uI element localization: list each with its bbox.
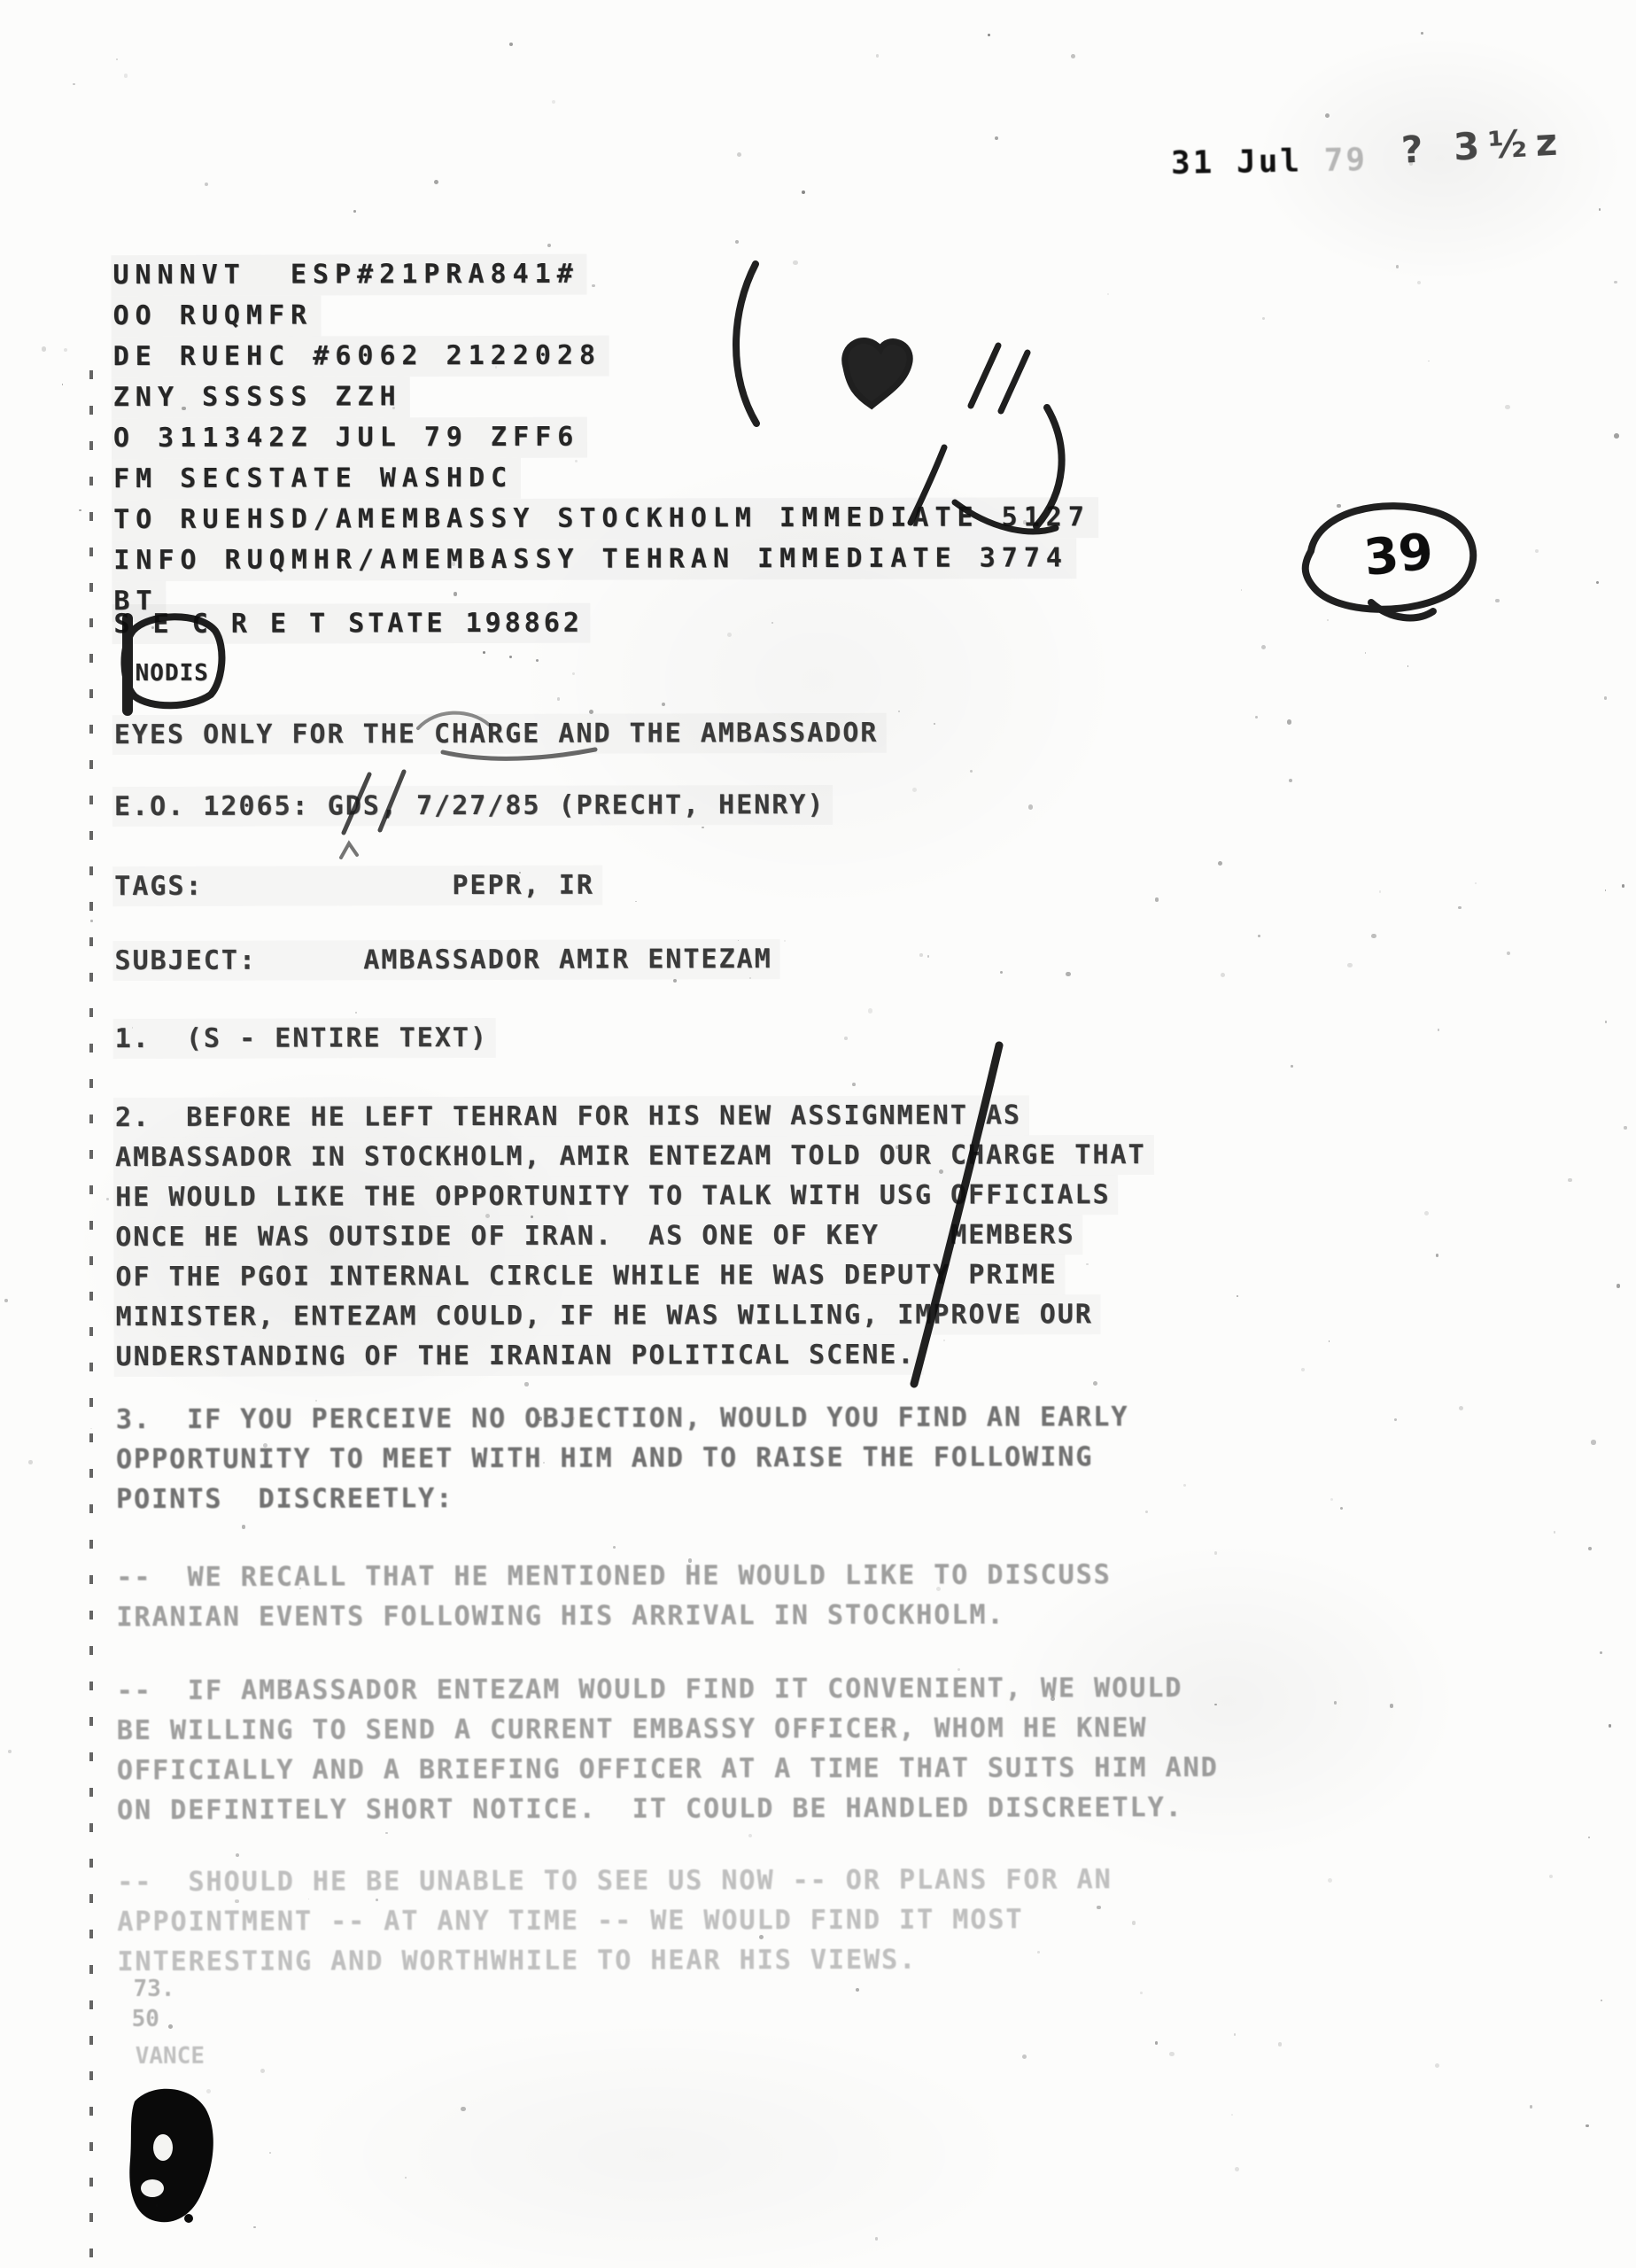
speck (1495, 599, 1499, 602)
speck (868, 1008, 872, 1013)
speck (1475, 882, 1477, 884)
para-line: POINTS DISCREETLY: (114, 1479, 461, 1519)
speck (156, 2204, 159, 2207)
speck (1155, 2041, 1158, 2044)
speck (4, 1299, 8, 1302)
speck (1586, 2124, 1589, 2128)
para-line: BE WILLING TO SEND A CURRENT EMBASSY OFF… (115, 1708, 1156, 1751)
para-line: APPOINTMENT -- AT ANY TIME -- WE WOULD F… (115, 1899, 1031, 1942)
speck (988, 34, 990, 36)
speck (1016, 1317, 1020, 1320)
para-line: IRANIAN EVENTS FOLLOWING HIS ARRIVAL IN … (114, 1595, 1012, 1637)
speck (875, 2237, 878, 2240)
speck (1301, 1368, 1305, 1371)
speck (749, 977, 751, 979)
speck (28, 1460, 33, 1464)
speck (771, 622, 773, 624)
para-line: ONCE HE WAS OUTSIDE OF IRAN. AS ONE OF K… (113, 1215, 1082, 1257)
caption-nodis: NODIS (134, 654, 217, 694)
speck (524, 1382, 528, 1386)
speck (263, 1443, 267, 1448)
para-line: OF THE PGOI INTERNAL CIRCLE WHILE HE WAS… (113, 1254, 1065, 1297)
header-line: FM SECSTATE WASHDC (112, 458, 521, 500)
speck (1328, 1878, 1332, 1883)
speck (802, 190, 805, 194)
para-line: MINISTER, ENTEZAM COULD, IF HE WAS WILLI… (113, 1294, 1101, 1337)
date-stamp-text: 31 Jul (1171, 143, 1303, 182)
classification-line: S E C R E T STATE 198862 (112, 603, 591, 644)
header-line: TO RUEHSD/AMEMBASSY STOCKHOLM IMMEDIATE … (112, 497, 1098, 540)
speck (235, 1899, 238, 1903)
speck (1421, 32, 1423, 35)
speck (539, 1417, 543, 1421)
speck (1624, 1126, 1626, 1129)
speck (1097, 1906, 1101, 1910)
speck (1337, 504, 1341, 509)
speck (1609, 1724, 1611, 1727)
speck (1214, 1704, 1217, 1706)
speck (793, 260, 797, 265)
paragraph-1: 1. (S - ENTIRE TEXT) (113, 1018, 496, 1059)
date-stamp-faded: 79 (1302, 142, 1369, 179)
speck (943, 1340, 945, 1341)
header-line: INFO RUQMHR/AMEMBASSY TEHRAN IMMEDIATE 3… (112, 538, 1076, 581)
para-line: -- SHOULD HE BE UNABLE TO SEE US NOW -- … (115, 1860, 1120, 1902)
page-number: 39 (1361, 523, 1436, 587)
speck (64, 348, 67, 352)
speck (1028, 804, 1033, 809)
para-line: AMBASSADOR IN STOCKHOLM, AMIR ENTEZAM TO… (113, 1135, 1154, 1177)
speck (483, 651, 485, 654)
speck (509, 43, 513, 46)
eyes-only-line: EYES ONLY FOR THE CHARGE AND THE AMBASSA… (112, 713, 887, 755)
speck (1183, 1484, 1186, 1487)
speck (392, 407, 395, 409)
speck (116, 58, 118, 60)
speck (1617, 1284, 1620, 1287)
speck (168, 2024, 173, 2029)
para-line: -- IF AMBASSADOR ENTEZAM WOULD FIND IT C… (115, 1668, 1191, 1711)
speck (454, 592, 457, 595)
speck (575, 460, 578, 462)
subject: SUBJECT: AMBASSADOR AMIR ENTEZAM (112, 939, 779, 981)
para-line: HE WOULD LIKE THE OPPORTUNITY TO TALK WI… (113, 1175, 1119, 1217)
speck (572, 672, 574, 674)
speck (852, 1083, 856, 1086)
date-stamp: 31 Jul 79 (1171, 142, 1369, 182)
speck (1169, 2052, 1174, 2056)
speck (1287, 719, 1291, 724)
speck (531, 1216, 533, 1218)
para-line: OPPORTUNITY TO MEET WITH HIM AND TO RAIS… (114, 1437, 1102, 1480)
speck (376, 1899, 378, 1901)
eo-citation: E.O. 12065: GDS, 7/27/85 (PRECHT, HENRY) (112, 785, 834, 827)
speck (735, 240, 739, 244)
speck (896, 1146, 899, 1149)
para-line: -- WE RECALL THAT HE MENTIONED HE WOULD … (114, 1555, 1120, 1597)
speck (880, 1727, 884, 1730)
para-line: 3. IF YOU PERCEIVE NO OBJECTION, WOULD Y… (114, 1397, 1137, 1440)
speck (90, 920, 93, 922)
speck (572, 1417, 575, 1419)
header-line: O 311342Z JUL 79 ZFF6 (112, 417, 587, 459)
speck (1409, 161, 1413, 165)
speck (844, 1037, 848, 1040)
speck (42, 346, 46, 351)
speck (592, 284, 595, 288)
speck (1438, 1029, 1440, 1031)
trailer-fragment: 73. (133, 1976, 174, 2002)
cable-header: UNNNVT ESP#21PRA841# OO RUQMFR DE RUEHC … (111, 252, 1098, 622)
speck (1347, 963, 1352, 967)
speck (8, 1750, 12, 1753)
nodis-label: NODIS (134, 654, 217, 694)
speck (673, 979, 677, 983)
speck (1071, 54, 1075, 58)
header-line: ZNY SSSSS ZZH (112, 377, 410, 418)
speck (1214, 1551, 1218, 1555)
handwritten-note: ? 3½z (1400, 120, 1567, 172)
speck (299, 1588, 301, 1589)
speck (1591, 1440, 1596, 1445)
speck (206, 2089, 211, 2093)
header-line: DE RUEHC #6062 2122028 (112, 336, 609, 377)
speck (1390, 1704, 1394, 1708)
speck (485, 1214, 490, 1218)
speck (543, 1462, 545, 1464)
speck (1107, 293, 1109, 295)
paragraph-3: 3. IF YOU PERCEIVE NO OBJECTION, WOULD Y… (114, 1397, 1137, 1519)
speck (1505, 405, 1509, 409)
para-line: ON DEFINITELY SHORT NOTICE. IT COULD BE … (115, 1788, 1191, 1830)
speck (1234, 2033, 1236, 2035)
speck (547, 244, 551, 247)
para-line: 1. (S - ENTIRE TEXT) (113, 1018, 496, 1059)
speck (970, 770, 973, 773)
speck (688, 1558, 692, 1562)
speck (1066, 972, 1070, 976)
speck (814, 1729, 817, 1732)
header-line: OO RUQMFR (112, 295, 322, 337)
speck (1604, 696, 1608, 700)
para-line: OFFICIALLY AND A BRIEFING OFFICER AT A T… (115, 1748, 1227, 1790)
para-line: 2. BEFORE HE LEFT TEHRAN FOR HIS NEW ASS… (113, 1095, 1029, 1138)
speck (1622, 884, 1624, 887)
eo-line: E.O. 12065: GDS, 7/27/85 (PRECHT, HENRY) (112, 785, 834, 827)
speck (1371, 934, 1376, 938)
speck (1289, 779, 1292, 782)
speck (519, 872, 521, 874)
speck (536, 659, 539, 662)
speck (288, 1679, 291, 1682)
paragraph-2: 2. BEFORE HE LEFT TEHRAN FOR HIS NEW ASS… (113, 1095, 1154, 1377)
bullet-2: -- IF AMBASSADOR ENTEZAM WOULD FIND IT C… (115, 1668, 1227, 1830)
speck (1379, 890, 1382, 893)
speck (1155, 897, 1159, 901)
scanned-cable-page: UNNNVT ESP#21PRA841# OO RUQMFR DE RUEHC … (0, 0, 1636, 2268)
trailer-fragment: 50 (132, 2006, 159, 2032)
header-line: UNNNVT ESP#21PRA841# (111, 254, 586, 296)
speck (936, 1587, 941, 1591)
speck (1614, 433, 1619, 439)
speck (526, 1449, 528, 1450)
bullet-3: -- SHOULD HE BE UNABLE TO SEE US NOW -- … (115, 1860, 1120, 1982)
speck (151, 626, 154, 629)
speck (509, 656, 512, 658)
speck (1051, 1697, 1055, 1701)
speck (205, 183, 208, 186)
speck (1218, 861, 1222, 866)
speck (1291, 1065, 1293, 1068)
speck (876, 54, 879, 57)
bullet-1: -- WE RECALL THAT HE MENTIONED HE WOULD … (114, 1555, 1120, 1637)
subject-line: SUBJECT: AMBASSADOR AMIR ENTEZAM (112, 939, 779, 981)
speck (242, 1525, 246, 1529)
speck (124, 74, 128, 77)
speck (737, 152, 741, 157)
cable-document: UNNNVT ESP#21PRA841# OO RUQMFR DE RUEHC … (0, 0, 1636, 2268)
speck (106, 1198, 109, 1200)
speck (1601, 2000, 1602, 2001)
speck (1037, 1951, 1040, 1953)
speck (1588, 1547, 1592, 1550)
speck (1237, 1295, 1238, 1297)
speck (1325, 113, 1330, 118)
speck (1023, 520, 1027, 524)
speck (662, 703, 665, 706)
trailer-fragment: VANCE (136, 2043, 205, 2070)
para-line: UNDERSTANDING OF THE IRANIAN POLITICAL S… (114, 1335, 924, 1377)
eyes-only: EYES ONLY FOR THE CHARGE AND THE AMBASSA… (112, 713, 887, 755)
speck (1334, 1701, 1337, 1705)
speck (1568, 1178, 1571, 1182)
speck (1221, 973, 1225, 977)
tags: TAGS: PEPR, IR (112, 866, 602, 906)
speck (1258, 935, 1260, 937)
speck (90, 1428, 92, 1430)
tags-line: TAGS: PEPR, IR (112, 866, 602, 906)
speck (927, 955, 929, 957)
speck (461, 2107, 465, 2111)
classification: S E C R E T STATE 198862 (112, 603, 591, 644)
speck (1140, 1992, 1143, 1994)
speck (1365, 652, 1367, 654)
para-line: INTERESTING AND WORTHWHILE TO HEAR HIS V… (115, 1940, 925, 1982)
speck (919, 953, 923, 957)
